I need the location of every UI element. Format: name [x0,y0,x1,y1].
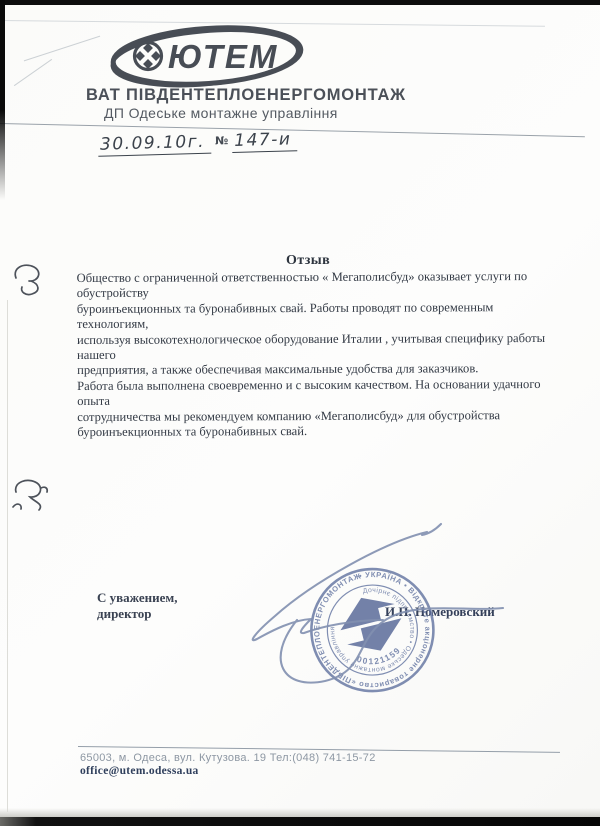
logo-text: ЮТЕМ [168,38,278,75]
scanner-edge-bottom [0,817,600,826]
body-line: сотрудничества мы рекомендуем компанию «… [77,408,547,425]
closing-salutation: С уважением, [97,590,178,606]
logo-emblem-icon [135,43,162,70]
scanner-edge-top [0,0,600,5]
utem-logo-icon: ЮТЕМ [106,22,310,92]
reference-line: 30.09.10г.№147-и [98,129,298,155]
body-line: Общество с ограниченной ответственностью… [77,269,547,302]
body-line: Работа была выполнена своевременно и с в… [77,377,547,410]
body-line: буроинъекционных та буронабивных свай. Р… [77,300,547,333]
body-line: предприятия, а также обеспечивая максима… [77,361,547,378]
signature-icon [235,520,525,695]
hole-punch-mark [10,260,50,300]
scanned-letter: { "letterhead": { "logo_text": "ЮТЕМ", "… [0,0,600,826]
letter-body: Общество с ограниченной ответственностью… [77,269,548,441]
page-edge-line [7,300,8,812]
company-name: ВАТ ПІВДЕНТЕПЛОЕНЕРГОМОНТАЖ [86,86,506,105]
handwritten-number: 147-и [232,129,298,153]
closing-position: директор [97,606,152,622]
footer-email: office@utem.odessa.ua [80,765,199,777]
footer-address: 65003, м. Одеса, вул. Кутузова. 19 Тел:(… [80,752,376,764]
hole-punch-mark [8,476,52,520]
body-line: используя высокотехнологическое оборудов… [77,331,547,364]
body-line: буроинъекционных та буронабивных свай. [77,423,547,440]
document-title: Отзыв [78,253,538,269]
company-subdivision: ДП Одеське монтажне управління [104,105,464,121]
handwritten-date: 30.09.10г. [98,132,212,157]
company-logo: ЮТЕМ [106,22,310,92]
scanner-edge-left [0,0,5,200]
number-sign: № [211,134,233,148]
